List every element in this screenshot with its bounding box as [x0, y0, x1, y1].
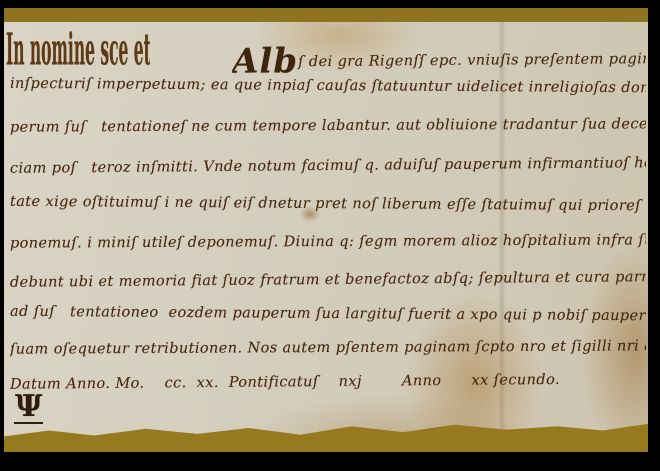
- notary-monogram: Ψ: [14, 392, 43, 424]
- opening-text: ſ dei gra Rigenſſ epc. vniuſis preſentem…: [298, 51, 646, 70]
- text-line: perum ſuſ tentationeſ ne cum tempore lab…: [10, 116, 646, 145]
- parchment: In nomine sce et individue trinitatis . …: [4, 22, 648, 444]
- text-line-opening: Albſ dei gra Rigenſſ epc. vniuſis preſen…: [232, 38, 646, 78]
- text-line: ciam poſ teroz inſmitti. Vnde notum faci…: [10, 155, 646, 187]
- text-line: ponemuſ. i miniſ utileſ deponemuſ. Diuin…: [10, 232, 646, 261]
- text-line: ſuam oſequetur retributionen. Nos autem …: [10, 338, 646, 367]
- text-line: debunt ubi et memoria fiat ſuoz fratrum …: [10, 269, 646, 301]
- text-line: inſpecturiſ imperpetuum; ea que inpiaſ c…: [10, 76, 646, 106]
- text-line: ad ſuſ tentationeo eozdem pauperum ſua l…: [10, 304, 646, 334]
- initial-letter: Alb: [232, 41, 298, 78]
- text-line: tate xige oſtituimuſ i ne quiſ eiſ dnetu…: [10, 194, 646, 224]
- manuscript-photo: { "colors": { "background": "#000000", "…: [0, 0, 660, 471]
- photo-mat-board: In nomine sce et individue trinitatis . …: [4, 8, 648, 452]
- text-line-dating: Datum Anno. Mo. cc. xx. Pontificatuſ nxj…: [10, 371, 646, 403]
